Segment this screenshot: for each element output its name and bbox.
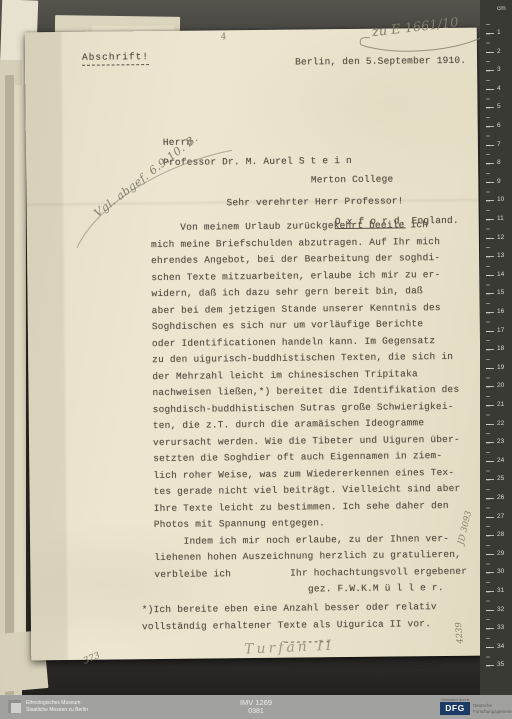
ruler-cm-number: 21 — [497, 401, 511, 408]
ruler-cm-number: 35 — [497, 661, 511, 668]
ruler-cm-tick — [486, 368, 494, 369]
ruler-cm-tick — [486, 498, 494, 499]
ruler-cm-tick — [486, 554, 494, 555]
ruler-cm-number: 26 — [497, 494, 511, 501]
pencil-signature-turfan: Turfan II — [244, 638, 335, 658]
ruler-cm-tick — [486, 163, 494, 164]
ruler-cm-tick — [486, 572, 494, 573]
ruler-cm-number: 5 — [497, 103, 511, 110]
archive-footer-bar: Ethnologisches Museum Staatliche Museen … — [0, 695, 512, 719]
ruler-cm-number: 25 — [497, 475, 511, 482]
scan-number: 0381 — [0, 707, 512, 716]
ruler-cm-tick — [486, 33, 494, 34]
ruler-cm-tick — [486, 442, 494, 443]
ruler-cm-tick — [486, 200, 494, 201]
pencil-check-mark: 4 — [220, 32, 227, 43]
dfg-full-name: Deutsche Forschungsgemeinschaft — [473, 703, 512, 714]
ruler-cm-number: 8 — [497, 159, 511, 166]
ruler-cm-tick — [486, 219, 494, 220]
ruler-cm-number: 13 — [497, 252, 511, 259]
paper-stack-edge — [5, 75, 14, 695]
ruler-cm-number: 22 — [497, 420, 511, 427]
ruler-cm-number: 7 — [497, 141, 511, 148]
ruler-cm-tick — [486, 312, 494, 313]
archive-ids: IMV 1269 0381 — [0, 698, 512, 716]
ruler-cm-tick — [486, 52, 494, 53]
text-line: Ihre Texte leicht zu bestimmen. Ich sehe… — [154, 497, 467, 517]
ruler-cm-number: 31 — [497, 587, 511, 594]
ruler-cm-tick — [486, 256, 494, 257]
ruler-cm-number: 2 — [497, 48, 511, 55]
ruler-cm-number: 14 — [497, 271, 511, 278]
dfg-logo: DFG — [440, 702, 470, 715]
copy-label: Abschrift! — [82, 51, 149, 66]
dateline: Berlin, den 5.September 1910. — [295, 55, 466, 68]
ruler-cm-number: 18 — [497, 345, 511, 352]
ruler: cm 1234567891011121314151617181920212223… — [480, 0, 512, 695]
ruler-cm-number: 34 — [497, 643, 511, 650]
dfg-name-line2: Forschungsgemeinschaft — [473, 709, 512, 715]
ruler-cm-number: 20 — [497, 382, 511, 389]
letter-page: Abschrift! Berlin, den 5.September 1910.… — [25, 28, 484, 661]
text-line: vollständig erhaltener Texte als Uiguric… — [142, 615, 437, 635]
ruler-cm-number: 28 — [497, 531, 511, 538]
ruler-cm-tick — [486, 405, 494, 406]
paper-stack-edge — [15, 85, 26, 690]
ruler-cm-number: 32 — [497, 606, 511, 613]
ruler-cm-tick — [486, 461, 494, 462]
ruler-cm-tick — [486, 107, 494, 108]
ruler-cm-number: 9 — [497, 178, 511, 185]
pencil-number-right: 4239 — [454, 622, 466, 644]
ruler-cm-tick — [486, 591, 494, 592]
ruler-cm-number: 16 — [497, 308, 511, 315]
ruler-cm-tick — [486, 610, 494, 611]
inventory-number: IMV 1269 — [0, 698, 512, 707]
pencil-flourish — [355, 31, 495, 54]
ruler-cm-tick — [486, 349, 494, 350]
scan-viewport: Abschrift! Berlin, den 5.September 1910.… — [0, 0, 512, 719]
ruler-cm-tick — [486, 182, 494, 183]
ruler-unit-label: cm — [497, 5, 506, 12]
ruler-cm-number: 23 — [497, 438, 511, 445]
ruler-cm-number: 29 — [497, 550, 511, 557]
ruler-cm-tick — [486, 665, 494, 666]
ruler-cm-tick — [486, 331, 494, 332]
ruler-cm-tick — [486, 70, 494, 71]
ruler-cm-tick — [486, 479, 494, 480]
ruler-cm-tick — [486, 293, 494, 294]
ruler-cm-number: 27 — [497, 513, 511, 520]
ruler-cm-number: 4 — [497, 85, 511, 92]
pencil-number-left: 373 — [82, 651, 102, 667]
salutation: Sehr verehrter Herr Professor! — [226, 195, 403, 208]
ruler-cm-number: 17 — [497, 327, 511, 334]
ruler-cm-number: 19 — [497, 364, 511, 371]
ruler-cm-number: 1 — [497, 29, 511, 36]
ruler-cm-tick — [486, 535, 494, 536]
text-line: zu den uigurisch-buddhistischen Texten, … — [152, 349, 465, 369]
ruler-cm-tick — [486, 238, 494, 239]
ruler-cm-number: 10 — [497, 196, 511, 203]
ruler-cm-tick — [486, 126, 494, 127]
ruler-cm-number: 12 — [497, 234, 511, 241]
ruler-cm-tick — [486, 628, 494, 629]
letter-body: Von meinem Urlaub zurückgekehrt beeile i… — [151, 217, 468, 600]
ruler-cm-tick — [486, 424, 494, 425]
ruler-cm-tick — [486, 517, 494, 518]
ruler-cm-number: 30 — [497, 568, 511, 575]
text-line: gez. F.W.K.M ü l l e r. — [154, 580, 467, 600]
ruler-cm-tick — [486, 89, 494, 90]
ruler-cm-number: 3 — [497, 66, 511, 73]
ruler-cm-number: 6 — [497, 122, 511, 129]
ruler-cm-number: 24 — [497, 457, 511, 464]
ruler-cm-number: 15 — [497, 289, 511, 296]
ruler-cm-tick — [486, 647, 494, 648]
ruler-cm-tick — [486, 386, 494, 387]
ruler-cm-tick — [486, 275, 494, 276]
ruler-cm-tick — [486, 145, 494, 146]
ruler-cm-number: 11 — [497, 215, 511, 222]
ruler-cm-number: 33 — [497, 624, 511, 631]
